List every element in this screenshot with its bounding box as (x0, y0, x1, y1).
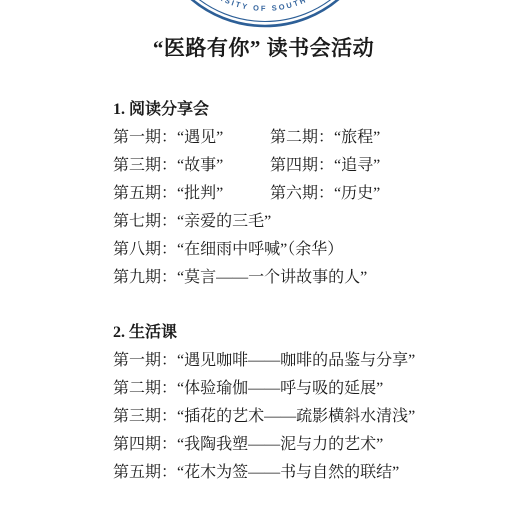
session-row: 第四期：“我陶我塑——泥与力的艺术” (113, 431, 517, 459)
session-label: 第一期：“遇见” (113, 124, 270, 152)
document-body: 1. 阅读分享会 第一期：“遇见”第二期：“旅程” 第三期：“故事”第四期：“追… (113, 96, 517, 487)
session-label: 第三期：“插花的艺术——疏影横斜水清浅” (113, 403, 415, 431)
session-row: 第五期：“批判”第六期：“历史” (113, 180, 517, 208)
session-row: 第五期：“花木为签——书与自然的联结” (113, 459, 517, 487)
svg-text:UNIVERSITY OF SOUTH CHINA: UNIVERSITY OF SOUTH CHINA (190, 0, 341, 13)
university-seal-icon: UNIVERSITY OF SOUTH CHINA (186, 0, 344, 30)
session-row: 第三期：“插花的艺术——疏影横斜水清浅” (113, 403, 517, 431)
session-label: 第八期：“在细雨中呼喊”（余华） (113, 236, 343, 264)
session-label: 第四期：“我陶我塑——泥与力的艺术” (113, 431, 383, 459)
session-label: 第五期：“花木为签——书与自然的联结” (113, 459, 399, 487)
session-label: 第九期：“莫言——一个讲故事的人” (113, 264, 367, 292)
session-row: 第九期：“莫言——一个讲故事的人” (113, 264, 517, 292)
session-label: 第七期：“亲爱的三毛” (113, 208, 271, 236)
session-row: 第八期：“在细雨中呼喊”（余华） (113, 236, 517, 264)
session-label: 第四期：“追寻” (270, 152, 380, 180)
session-label: 第二期：“旅程” (270, 124, 380, 152)
session-row: 第一期：“遇见”第二期：“旅程” (113, 124, 517, 152)
section-1-heading: 1. 阅读分享会 (113, 96, 517, 124)
session-label: 第六期：“历史” (270, 180, 380, 208)
session-label: 第一期：“遇见咖啡——咖啡的品鉴与分享” (113, 347, 415, 375)
section-life-class: 2. 生活课 第一期：“遇见咖啡——咖啡的品鉴与分享” 第二期：“体验瑜伽——呼… (113, 319, 517, 487)
seal-arc-text: UNIVERSITY OF SOUTH CHINA (190, 0, 341, 13)
session-label: 第三期：“故事” (113, 152, 270, 180)
session-row: 第三期：“故事”第四期：“追寻” (113, 152, 517, 180)
section-2-heading: 2. 生活课 (113, 319, 517, 347)
document-page: UNIVERSITY OF SOUTH CHINA “医路有你” 读书会活动 1… (0, 0, 527, 519)
seal-outer-ring (186, 0, 344, 26)
session-label: 第五期：“批判” (113, 180, 270, 208)
session-row: 第七期：“亲爱的三毛” (113, 208, 517, 236)
session-label: 第二期：“体验瑜伽——呼与吸的延展” (113, 375, 383, 403)
section-reading-club: 1. 阅读分享会 第一期：“遇见”第二期：“旅程” 第三期：“故事”第四期：“追… (113, 96, 517, 292)
session-row: 第二期：“体验瑜伽——呼与吸的延展” (113, 375, 517, 403)
session-row: 第一期：“遇见咖啡——咖啡的品鉴与分享” (113, 347, 517, 375)
page-title: “医路有你” 读书会活动 (0, 34, 527, 62)
